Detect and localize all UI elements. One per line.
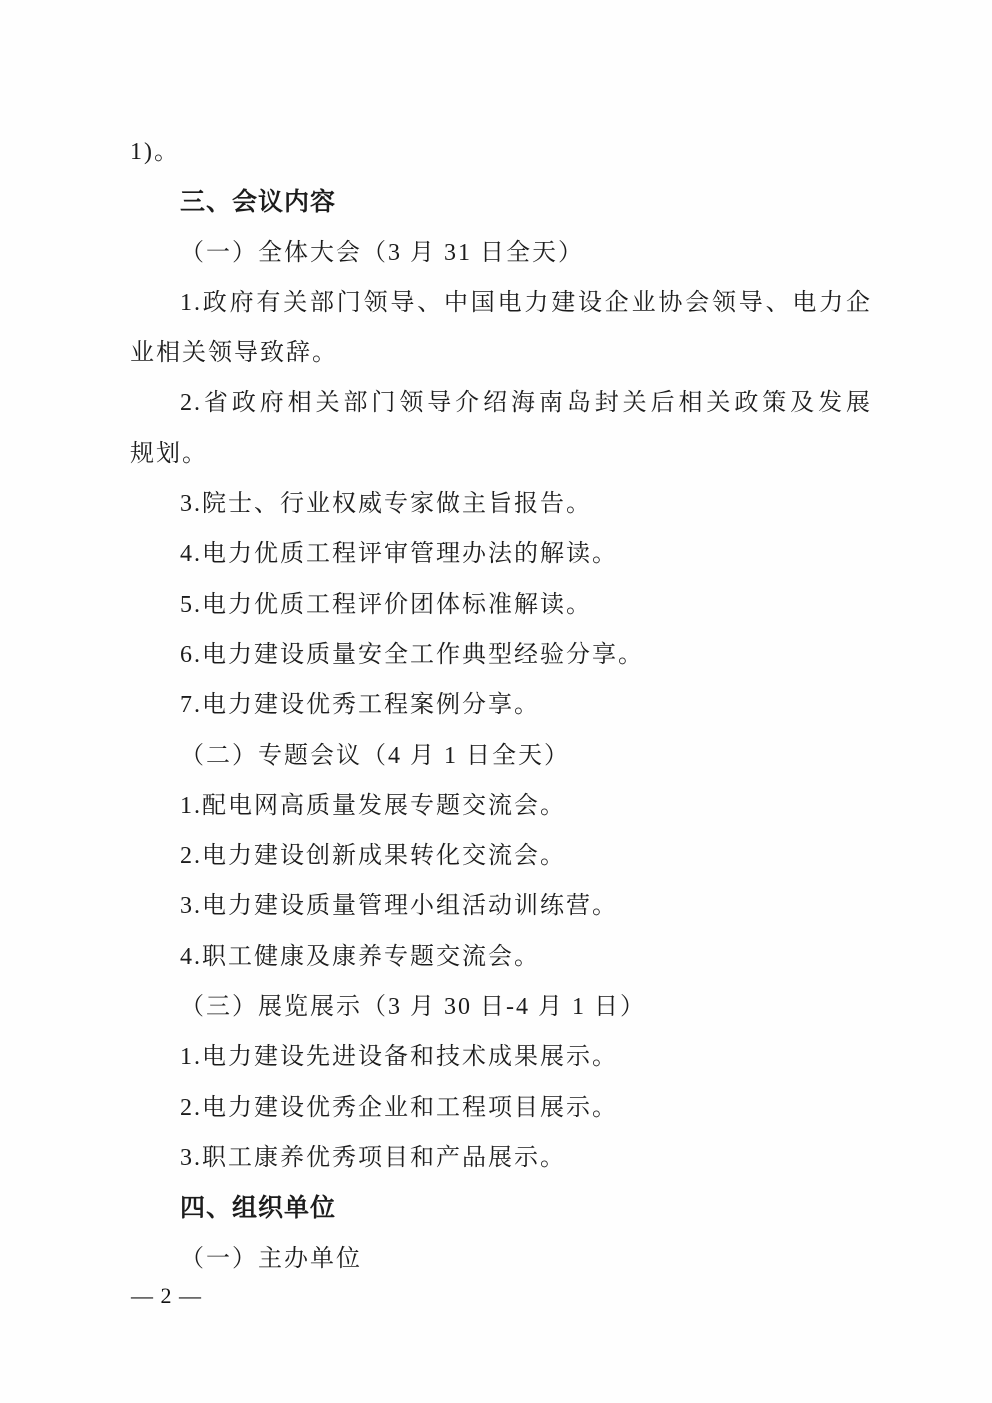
subsection-heading-3-1: （一）全体大会（3 月 31 日全天）: [130, 228, 872, 278]
list-item: 5.电力优质工程评价团体标准解读。: [130, 580, 872, 630]
list-item: 3.电力建设质量管理小组活动训练营。: [130, 881, 872, 931]
list-item: 4.职工健康及康养专题交流会。: [130, 932, 872, 982]
scanned-document-page: 1)。 三、会议内容 （一）全体大会（3 月 31 日全天） 1.政府有关部门领…: [0, 0, 992, 1403]
list-item: 7.电力建设优秀工程案例分享。: [130, 680, 872, 730]
list-item: 2.电力建设优秀企业和工程项目展示。: [130, 1083, 872, 1133]
section-heading-3: 三、会议内容: [130, 177, 872, 227]
list-item: 2.省政府相关部门领导介绍海南岛封关后相关政策及发展: [130, 378, 872, 428]
doc-line-continuation: 规划。: [130, 429, 872, 479]
list-item: 4.电力优质工程评审管理办法的解读。: [130, 529, 872, 579]
subsection-heading-4-1: （一）主办单位: [130, 1234, 872, 1284]
list-item: 3.职工康养优秀项目和产品展示。: [130, 1133, 872, 1183]
list-item: 2.电力建设创新成果转化交流会。: [130, 831, 872, 881]
list-item: 1.配电网高质量发展专题交流会。: [130, 781, 872, 831]
subsection-heading-3-2: （二）专题会议（4 月 1 日全天）: [130, 731, 872, 781]
document-page: { "doc": { "lines": [ { "text": "1)。" },…: [0, 0, 992, 1403]
document-body: 1)。 三、会议内容 （一）全体大会（3 月 31 日全天） 1.政府有关部门领…: [130, 127, 872, 1284]
page-number: — 2 —: [131, 1283, 202, 1309]
list-item: 3.院士、行业权威专家做主旨报告。: [130, 479, 872, 529]
doc-line-continuation: 业相关领导致辞。: [130, 328, 872, 378]
list-item: 6.电力建设质量安全工作典型经验分享。: [130, 630, 872, 680]
subsection-heading-3-3: （三）展览展示（3 月 30 日-4 月 1 日）: [130, 982, 872, 1032]
section-heading-4: 四、组织单位: [130, 1183, 872, 1233]
doc-line-continuation: 1)。: [130, 127, 872, 177]
list-item: 1.电力建设先进设备和技术成果展示。: [130, 1032, 872, 1082]
list-item: 1.政府有关部门领导、中国电力建设企业协会领导、电力企: [130, 278, 872, 328]
